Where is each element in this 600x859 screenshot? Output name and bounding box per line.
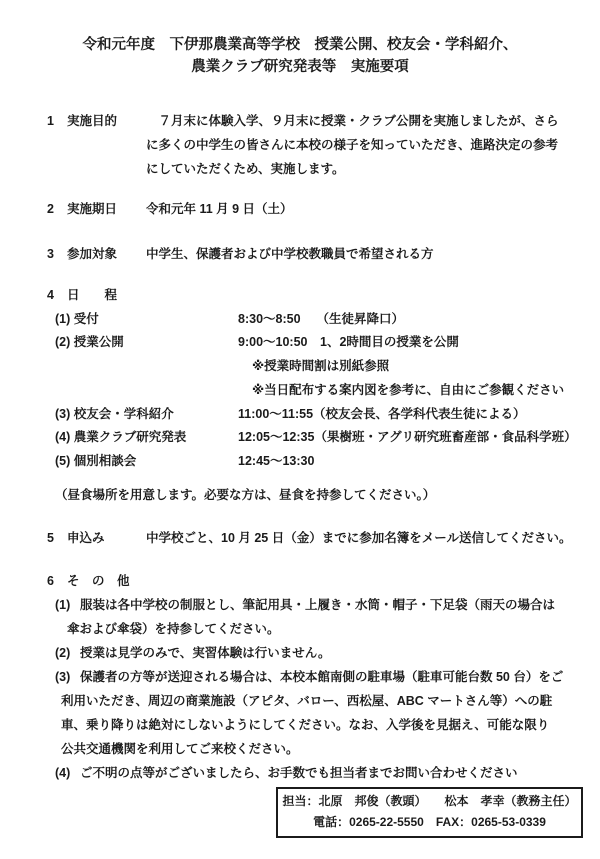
schedule-row-club-presentation: (4) 農業クラブ研究発表 12:05～12:35（果樹班・アグリ研究班畜産部・… <box>0 426 600 450</box>
schedule-row-label: (1) 受付 <box>55 308 238 332</box>
section-purpose-number: 1 <box>47 109 67 181</box>
schedule-row-alumni-intro: (3) 校友会・学科紹介 11:00～11:55（校友会長、各学科代表生徒による… <box>0 403 600 427</box>
section-schedule-number: 4 <box>47 284 67 308</box>
page-title-line-1: 令和元年度 下伊那農業高等学校 授業公開、校友会・学科紹介、 <box>0 34 600 56</box>
schedule-row-time: 12:05～12:35（果樹班・アグリ研究班畜産部・食品科学班） <box>238 426 577 450</box>
page-title-line-2: 農業クラブ研究発表等 実施要項 <box>0 56 600 78</box>
item-marker: (3) <box>55 665 80 689</box>
schedule-row-time: 11:00～11:55（校友会長、各学科代表生徒による） <box>238 403 526 427</box>
body-line: に多くの中学生の皆さんに本校の様子を知っていただき、進路決定の参考 <box>146 133 600 157</box>
others-item-parking-cont: 公共交通機関を利用してご来校ください。 <box>0 737 600 761</box>
schedule-note-map: ※当日配布する案内図を参考に、自由にご参観ください <box>0 379 600 403</box>
document-page: 令和元年度 下伊那農業高等学校 授業公開、校友会・学科紹介、 農業クラブ研究発表… <box>0 0 600 859</box>
section-date-number: 2 <box>47 197 67 221</box>
section-application-body: 中学校ごと、10 月 25 日（金）までに参加名簿をメール送信してください。 <box>146 526 600 550</box>
section-audience-body: 中学生、保護者および中学校教職員で希望される方 <box>146 242 600 266</box>
item-text: ご不明の点等がございましたら、お手数でも担当者までお問い合わせください <box>80 761 518 785</box>
schedule-row-time: 8:30～8:50 （生徒昇降口） <box>238 308 404 332</box>
schedule-row-label: (3) 校友会・学科紹介 <box>55 403 238 427</box>
item-text: 服装は各中学校の制服とし、筆記用具・上履き・水筒・帽子・下足袋（雨天の場合は <box>80 593 555 617</box>
item-marker: (2) <box>55 641 80 665</box>
schedule-row-reception: (1) 受付 8:30～8:50 （生徒昇降口） <box>0 308 600 332</box>
section-purpose: 1 実施目的 ７月末に体験入学、９月末に授業・クラブ公開を実施しましたが、さら … <box>0 109 600 181</box>
section-application: 5 申込み 中学校ごと、10 月 25 日（金）までに参加名簿をメール送信してく… <box>0 526 600 550</box>
schedule-row-time: 9:00～10:50 1、2時間目の授業を公開 <box>238 331 459 355</box>
item-marker: (4) <box>55 761 80 785</box>
section-purpose-label: 実施目的 <box>67 109 146 181</box>
section-others: 6 そ の 他 (1) 服装は各中学校の制服とし、筆記用具・上履き・水筒・帽子・… <box>0 569 600 785</box>
others-item-dress-code-cont: 傘および傘袋）を持参してください。 <box>0 617 600 641</box>
body-line: ７月末に体験入学、９月末に授業・クラブ公開を実施しましたが、さら <box>146 109 600 133</box>
contact-phone-fax: 電話：0265-22-5550 FAX：0265-53-0339 <box>278 812 581 833</box>
section-audience-label: 参加対象 <box>67 242 146 266</box>
item-text: 授業は見学のみで、実習体験は行いません。 <box>80 641 331 665</box>
others-item-parking-cont: 車、乗り降りは絶対にしないようにしてください。なお、入学後を見据え、可能な限り <box>0 713 600 737</box>
section-date-label: 実施期日 <box>67 197 146 221</box>
contact-info-box: 担当：北原 邦俊（教頭） 松本 孝幸（教務主任） 電話：0265-22-5550… <box>276 787 583 838</box>
lunch-note: （昼食場所を用意します。必要な方は、昼食を持参してください。） <box>55 483 435 507</box>
others-item-dress-code: (1) 服装は各中学校の制服とし、筆記用具・上履き・水筒・帽子・下足袋（雨天の場… <box>0 593 600 617</box>
schedule-row-time: 12:45～13:30 <box>238 450 314 474</box>
schedule-row-open-class: (2) 授業公開 9:00～10:50 1、2時間目の授業を公開 <box>0 331 600 355</box>
section-date: 2 実施期日 令和元年 11 月 9 日（土） <box>0 197 600 221</box>
schedule-row-label: (2) 授業公開 <box>55 331 238 355</box>
others-item-observation-only: (2) 授業は見学のみで、実習体験は行いません。 <box>0 641 600 665</box>
schedule-row-label: (5) 個別相談会 <box>55 450 238 474</box>
section-application-label: 申込み <box>67 526 146 550</box>
section-others-label: そ の 他 <box>67 569 600 593</box>
body-line: にしていただくため、実施します。 <box>146 157 600 181</box>
section-audience: 3 参加対象 中学生、保護者および中学校教職員で希望される方 <box>0 242 600 266</box>
section-purpose-body: ７月末に体験入学、９月末に授業・クラブ公開を実施しましたが、さら に多くの中学生… <box>146 109 600 181</box>
page-title: 令和元年度 下伊那農業高等学校 授業公開、校友会・学科紹介、 農業クラブ研究発表… <box>0 34 600 78</box>
section-schedule-heading: 4 日 程 <box>0 284 600 308</box>
schedule-row-label: (4) 農業クラブ研究発表 <box>55 426 238 450</box>
section-schedule-label: 日 程 <box>67 284 600 308</box>
schedule-row-consultation: (5) 個別相談会 12:45～13:30 <box>0 450 600 474</box>
section-audience-number: 3 <box>47 242 67 266</box>
others-item-parking-cont: 利用いただき、周辺の商業施設（アピタ、バロー、西松屋、ABC マートさん等）への… <box>0 689 600 713</box>
others-item-parking: (3) 保護者の方等が送迎される場合は、本校本館南側の駐車場（駐車可能台数 50… <box>0 665 600 689</box>
item-text: 保護者の方等が送迎される場合は、本校本館南側の駐車場（駐車可能台数 50 台）を… <box>80 665 563 689</box>
schedule-note-timetable: ※授業時間割は別紙参照 <box>0 355 600 379</box>
section-application-number: 5 <box>47 526 67 550</box>
section-schedule: 4 日 程 (1) 受付 8:30～8:50 （生徒昇降口） (2) 授業公開 … <box>0 284 600 474</box>
item-marker: (1) <box>55 593 80 617</box>
section-date-body: 令和元年 11 月 9 日（土） <box>146 197 600 221</box>
others-item-inquiry: (4) ご不明の点等がございましたら、お手数でも担当者までお問い合わせください <box>0 761 600 785</box>
section-others-heading: 6 そ の 他 <box>0 569 600 593</box>
section-others-number: 6 <box>47 569 67 593</box>
contact-persons: 担当：北原 邦俊（教頭） 松本 孝幸（教務主任） <box>278 791 581 812</box>
